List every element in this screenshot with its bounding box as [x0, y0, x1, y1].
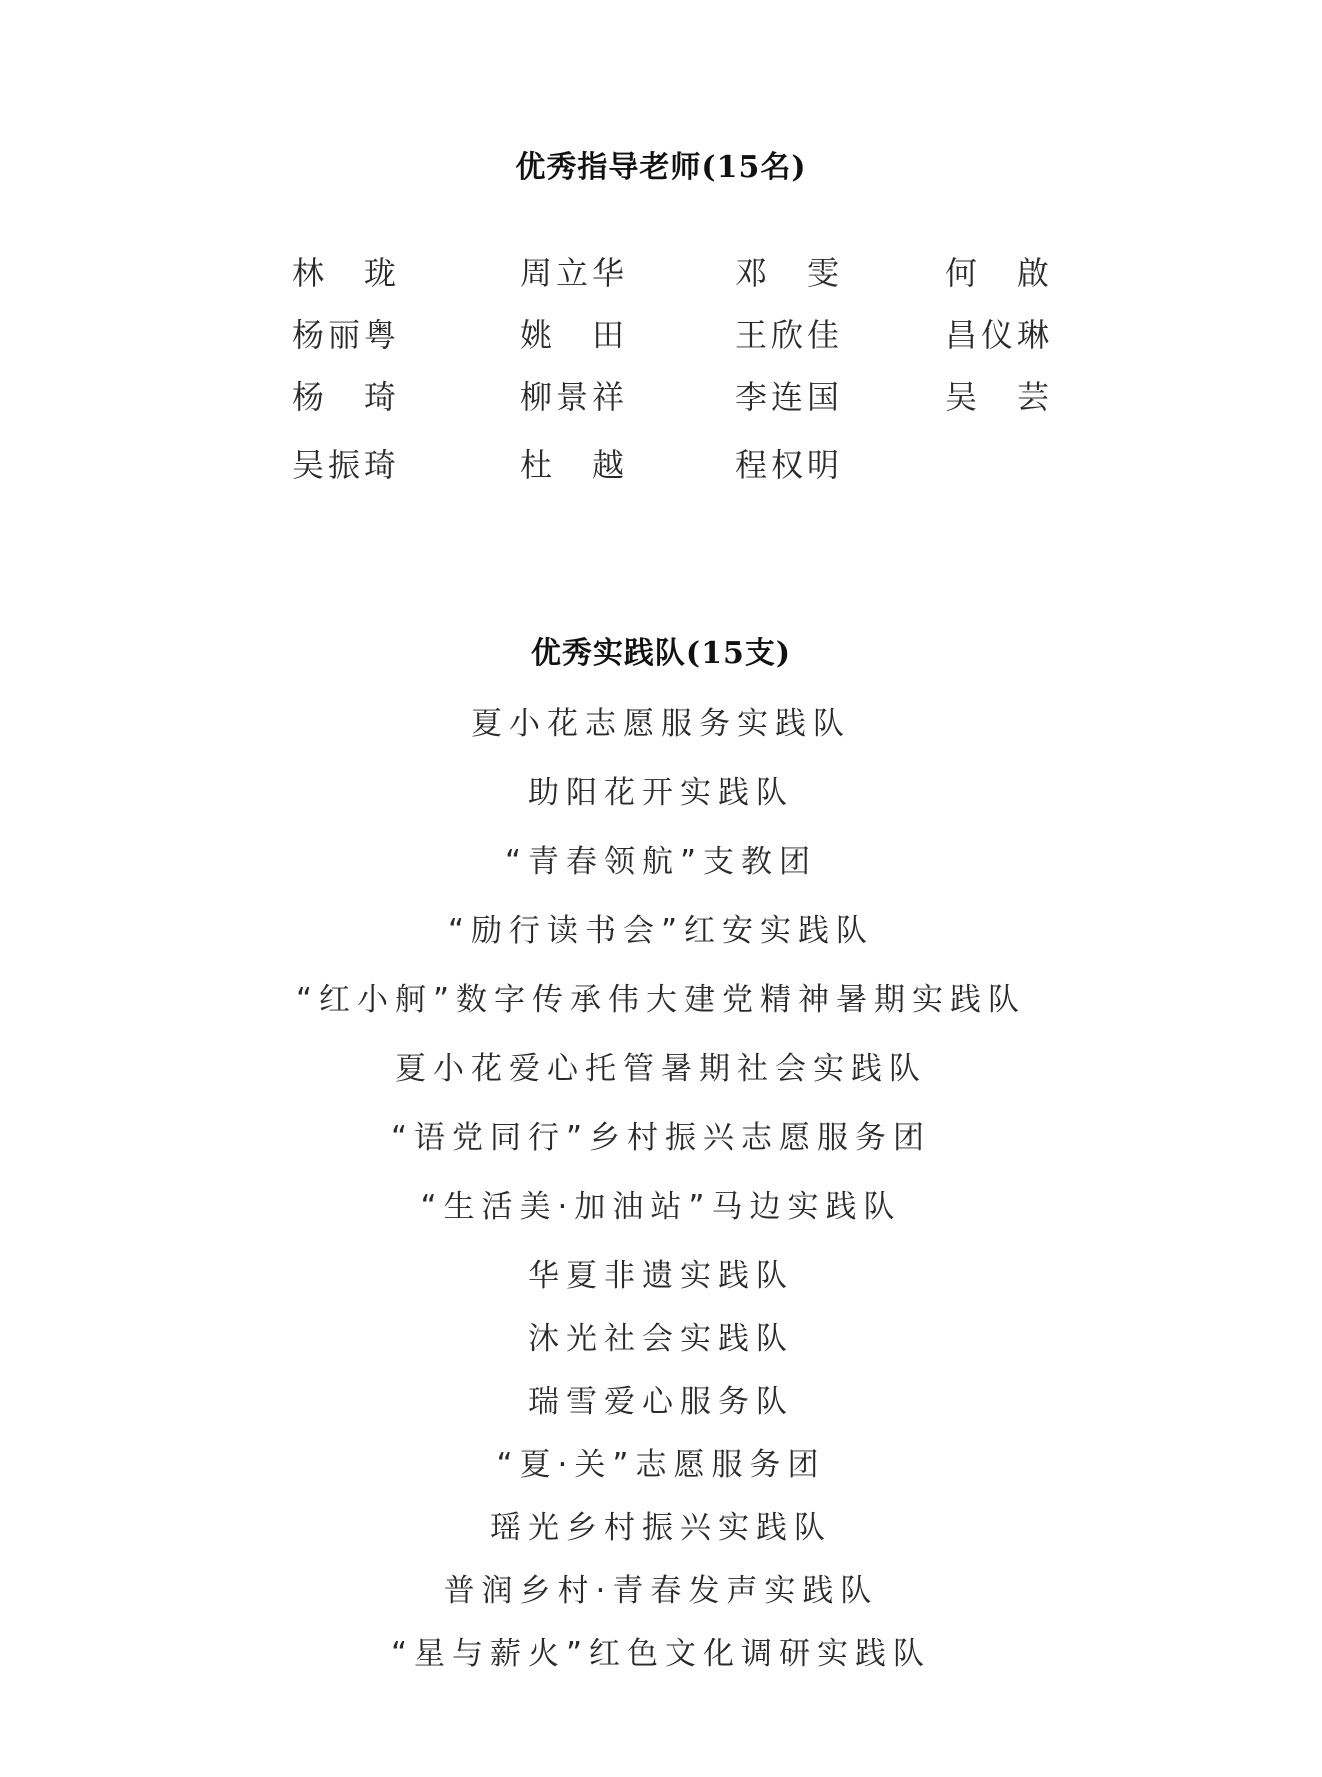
name-char: 林	[292, 248, 324, 294]
teacher-name: 姚田	[520, 310, 624, 356]
team-item: 夏小花爱心托管暑期社会实践队	[0, 1043, 1322, 1088]
team-item: 夏小花志愿服务实践队	[0, 698, 1322, 743]
name-char: 邓	[735, 248, 767, 294]
teachers-heading: 优秀指导老师(15名)	[0, 142, 1322, 186]
teacher-name: 吴振琦	[292, 440, 396, 486]
teacher-name: 邓雯	[735, 248, 839, 294]
name-char: 立	[556, 248, 588, 294]
teacher-name: 李连国	[735, 372, 839, 418]
teams-heading: 优秀实践队(15支)	[0, 628, 1322, 672]
team-item: 瑞雪爱心服务队	[0, 1376, 1322, 1421]
name-char: 琦	[364, 372, 396, 418]
team-item: “语党同行”乡村振兴志愿服务团	[0, 1112, 1322, 1157]
team-item: 华夏非遗实践队	[0, 1250, 1322, 1295]
name-char: 琦	[364, 440, 396, 486]
name-char: 啟	[1017, 248, 1049, 294]
team-item: “星与薪火”红色文化调研实践队	[0, 1628, 1322, 1673]
name-char: 权	[771, 440, 803, 486]
teacher-name: 何啟	[945, 248, 1049, 294]
name-char: 明	[807, 440, 839, 486]
team-item: 普润乡村·青春发声实践队	[0, 1565, 1322, 1610]
name-char: 吴	[292, 440, 324, 486]
name-char: 丽	[328, 310, 360, 356]
teacher-name: 王欣佳	[735, 310, 839, 356]
teacher-name: 昌仪琳	[945, 310, 1049, 356]
name-char: 何	[945, 248, 977, 294]
team-item: “青春领航”支教团	[0, 836, 1322, 881]
name-char: 连	[771, 372, 803, 418]
name-char: 姚	[520, 310, 552, 356]
name-char: 仪	[981, 310, 1013, 356]
name-char: 芸	[1017, 372, 1049, 418]
teacher-name: 杜越	[520, 440, 624, 486]
name-char: 田	[592, 310, 624, 356]
name-char: 杨	[292, 310, 324, 356]
name-char: 珑	[364, 248, 396, 294]
name-char: 景	[556, 372, 588, 418]
teacher-name: 柳景祥	[520, 372, 624, 418]
name-char: 粤	[364, 310, 396, 356]
name-char: 国	[807, 372, 839, 418]
name-char: 昌	[945, 310, 977, 356]
name-char: 程	[735, 440, 767, 486]
team-item: “生活美·加油站”马边实践队	[0, 1181, 1322, 1226]
teacher-name: 吴芸	[945, 372, 1049, 418]
name-char: 吴	[945, 372, 977, 418]
name-char: 柳	[520, 372, 552, 418]
name-char: 杜	[520, 440, 552, 486]
team-item: 瑶光乡村振兴实践队	[0, 1502, 1322, 1547]
name-char: 李	[735, 372, 767, 418]
name-char: 杨	[292, 372, 324, 418]
teacher-name: 周立华	[520, 248, 624, 294]
name-char: 琳	[1017, 310, 1049, 356]
teacher-name: 林珑	[292, 248, 396, 294]
name-char: 祥	[592, 372, 624, 418]
team-item: “红小舸”数字传承伟大建党精神暑期实践队	[0, 974, 1322, 1019]
name-char: 周	[520, 248, 552, 294]
team-item: “夏·关”志愿服务团	[0, 1439, 1322, 1484]
team-item: 沐光社会实践队	[0, 1313, 1322, 1358]
name-char: 越	[592, 440, 624, 486]
name-char: 振	[328, 440, 360, 486]
name-char: 王	[735, 310, 767, 356]
name-char: 欣	[771, 310, 803, 356]
teacher-name: 杨丽粤	[292, 310, 396, 356]
teacher-name: 杨琦	[292, 372, 396, 418]
team-item: 助阳花开实践队	[0, 767, 1322, 812]
name-char: 佳	[807, 310, 839, 356]
teacher-name: 程权明	[735, 440, 839, 486]
name-char: 华	[592, 248, 624, 294]
name-char: 雯	[807, 248, 839, 294]
team-item: “励行读书会”红安实践队	[0, 905, 1322, 950]
